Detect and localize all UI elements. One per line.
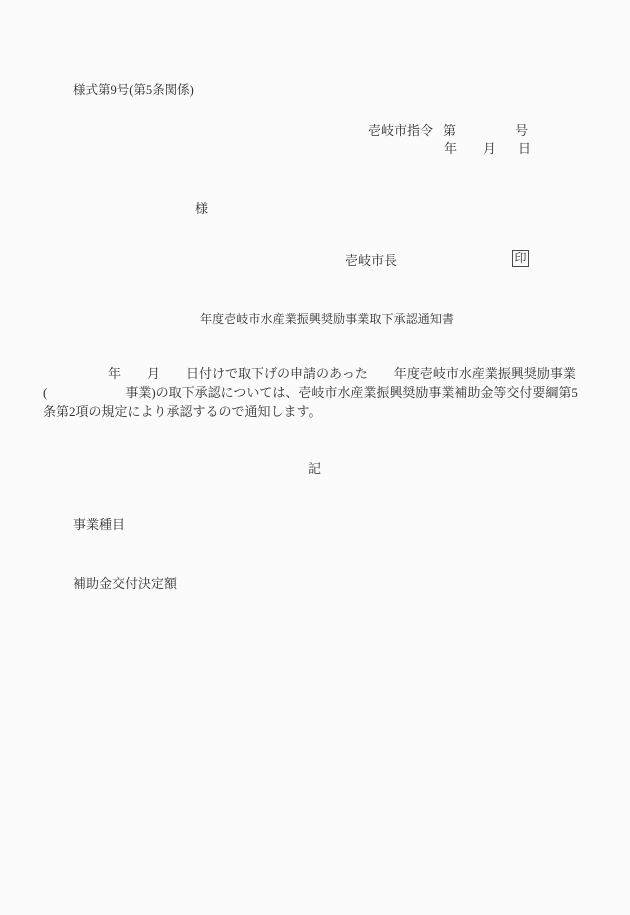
body-paragraph-line: 条第2項の規定により承認するので通知します。	[43, 404, 588, 420]
date-year-label: 年	[444, 141, 457, 157]
body-paragraph-line: ( 事業)の取下承認については、壱岐市水産業振興奨励事業補助金等交付要綱第5	[43, 385, 588, 401]
field-label-project-type: 事業種目	[73, 517, 125, 533]
field-label-subsidy-decision-amount: 補助金交付決定額	[73, 576, 177, 592]
directive-number-prefix: 第	[443, 123, 456, 139]
form-number: 様式第9号(第5条関係)	[73, 82, 194, 98]
seal-placeholder: 印	[512, 250, 529, 267]
directive-authority: 壱岐市指令	[368, 123, 433, 139]
sender-title: 壱岐市長	[345, 253, 397, 269]
document-page: 様式第9号(第5条関係) 壱岐市指令 第 号 年 月 日 様 壱岐市長 印 年度…	[0, 0, 630, 915]
body-paragraph-line: 年 月 日付けで取下げの申請のあった 年度壱岐市水産業振興奨励事業	[43, 366, 588, 382]
date-month-label: 月	[483, 141, 496, 157]
directive-number-suffix: 号	[515, 123, 528, 139]
record-marker: 記	[308, 461, 321, 477]
recipient-honorific: 様	[195, 201, 208, 217]
date-day-label: 日	[518, 141, 531, 157]
document-title: 年度壱岐市水産業振興奨励事業取下承認通知書	[200, 311, 454, 327]
